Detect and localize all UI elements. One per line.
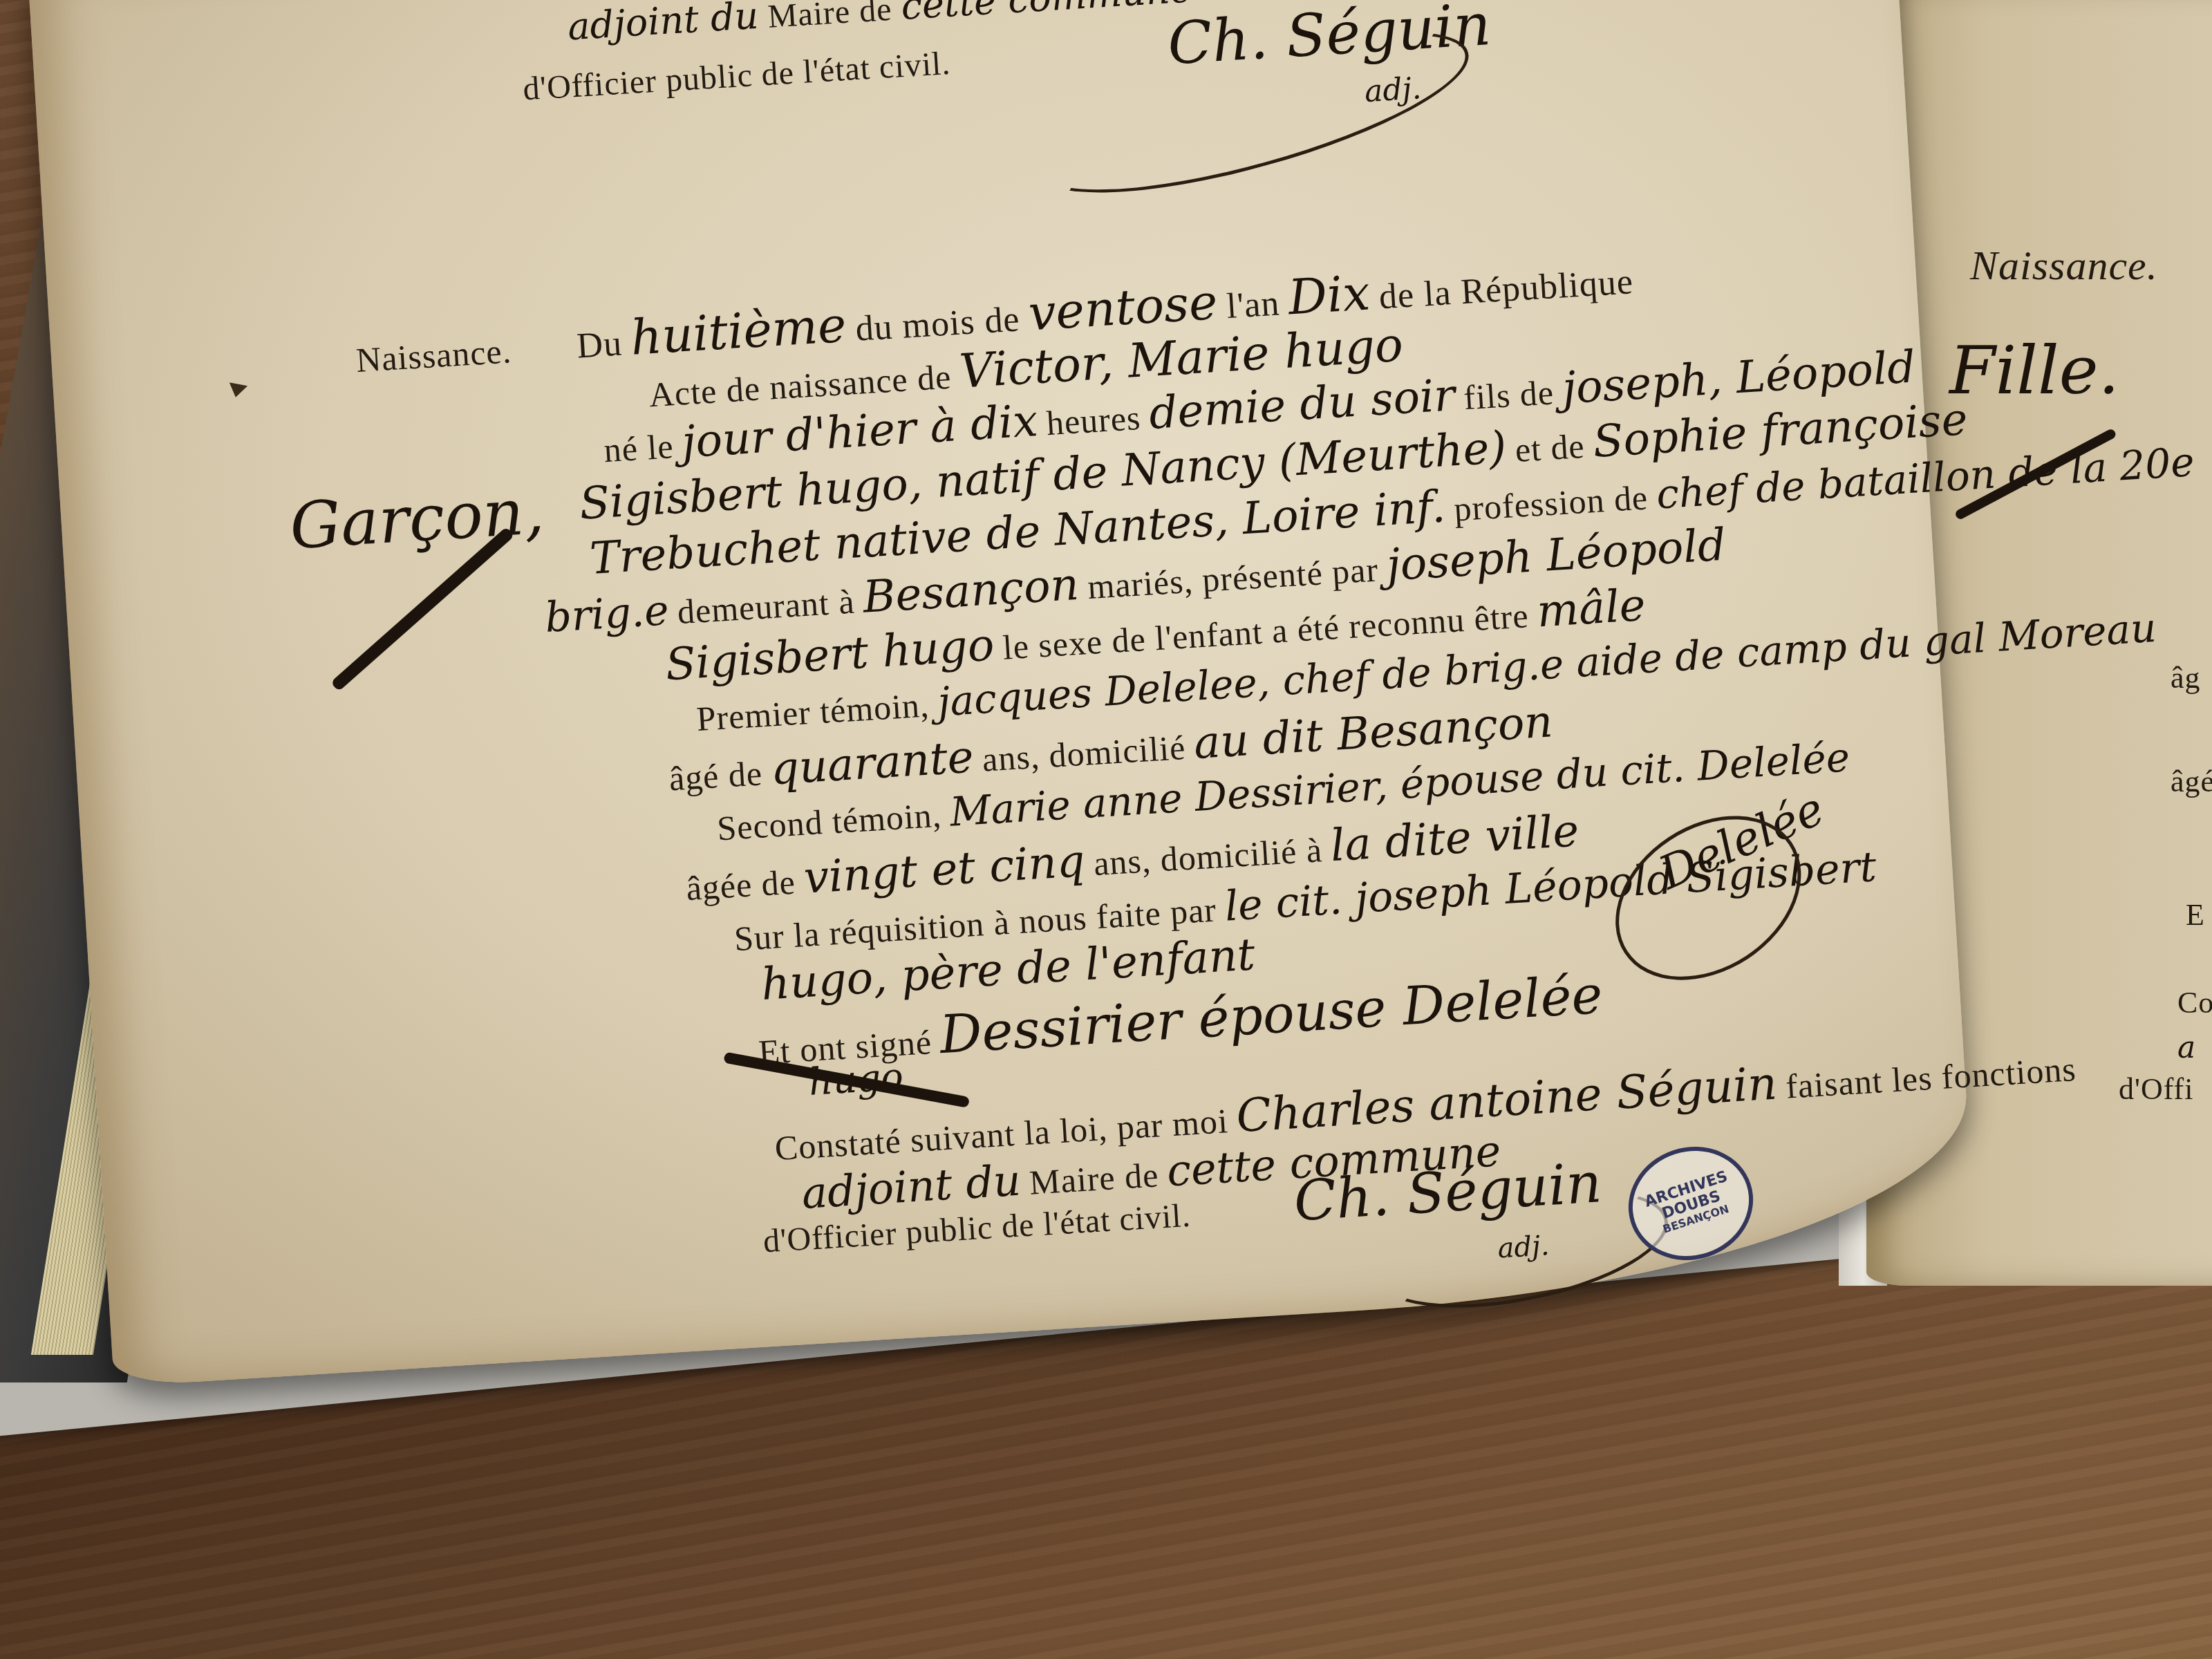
age-de-1: âgé de — [668, 753, 763, 798]
heures: heures — [1045, 398, 1142, 442]
date-mois: du mois de — [854, 299, 1021, 348]
maire-de: Maire de — [1029, 1155, 1160, 1201]
first-witness-age: quarante — [769, 732, 975, 796]
residence-city: Besançon — [861, 559, 1080, 624]
second-witness-domicile: la dite ville — [1329, 805, 1581, 872]
date-lan: l'an — [1226, 283, 1281, 326]
margin-label-naissance: Naissance. — [355, 330, 512, 380]
ne-le: né le — [603, 427, 675, 469]
date-republique: de la République — [1378, 262, 1634, 317]
right-fragment-1: âg — [2171, 660, 2201, 695]
et-de: et de — [1514, 427, 1586, 469]
profession-de: profession de — [1453, 478, 1649, 528]
prev-maire-printed: Maire de — [767, 0, 893, 35]
margin-sex-garcon: Garçon, — [288, 474, 546, 563]
prev-commune-hand: cette commune — [900, 0, 1193, 28]
fils-de: fils de — [1463, 373, 1555, 417]
prev-adjoint-hand: adjoint du — [566, 0, 760, 48]
prev-record-line2: adjoint du Maire de cette commune — [566, 0, 1193, 48]
date-du: Du — [576, 324, 624, 366]
ans-domicilie-1: ans, domicilié — [981, 728, 1186, 779]
maries-presente-par: mariés, présenté par — [1087, 550, 1380, 606]
sex-male: mâle — [1535, 580, 1647, 637]
age-de-2: âgée de — [685, 863, 796, 908]
right-fragment-6: d'Offi — [2119, 1071, 2193, 1107]
date-year: Dix — [1286, 264, 1371, 326]
right-fragment-3: E — [2186, 897, 2205, 932]
right-fragment-5: a — [2177, 1030, 2195, 1065]
right-margin-label: Naissance. — [1970, 242, 2158, 290]
right-margin-sex: Fille. — [1949, 332, 2119, 409]
officer-name: Charles antoine Séguin — [1235, 1057, 1779, 1143]
brigade-abbr: brig.e — [543, 586, 670, 642]
right-fragment-4: Co — [2177, 985, 2212, 1020]
prev-record-line3: d'Officier public de l'état civil. — [522, 44, 952, 109]
demeurant-a: demeurant à — [676, 582, 856, 632]
ans-domicilie-2: ans, domicilié à — [1092, 830, 1323, 883]
right-fragment-2: âgé — [2171, 764, 2212, 799]
pointer-mark — [229, 382, 248, 398]
premier-temoin-label: Premier témoin, — [695, 685, 930, 738]
second-temoin-label: Second témoin, — [716, 796, 943, 848]
